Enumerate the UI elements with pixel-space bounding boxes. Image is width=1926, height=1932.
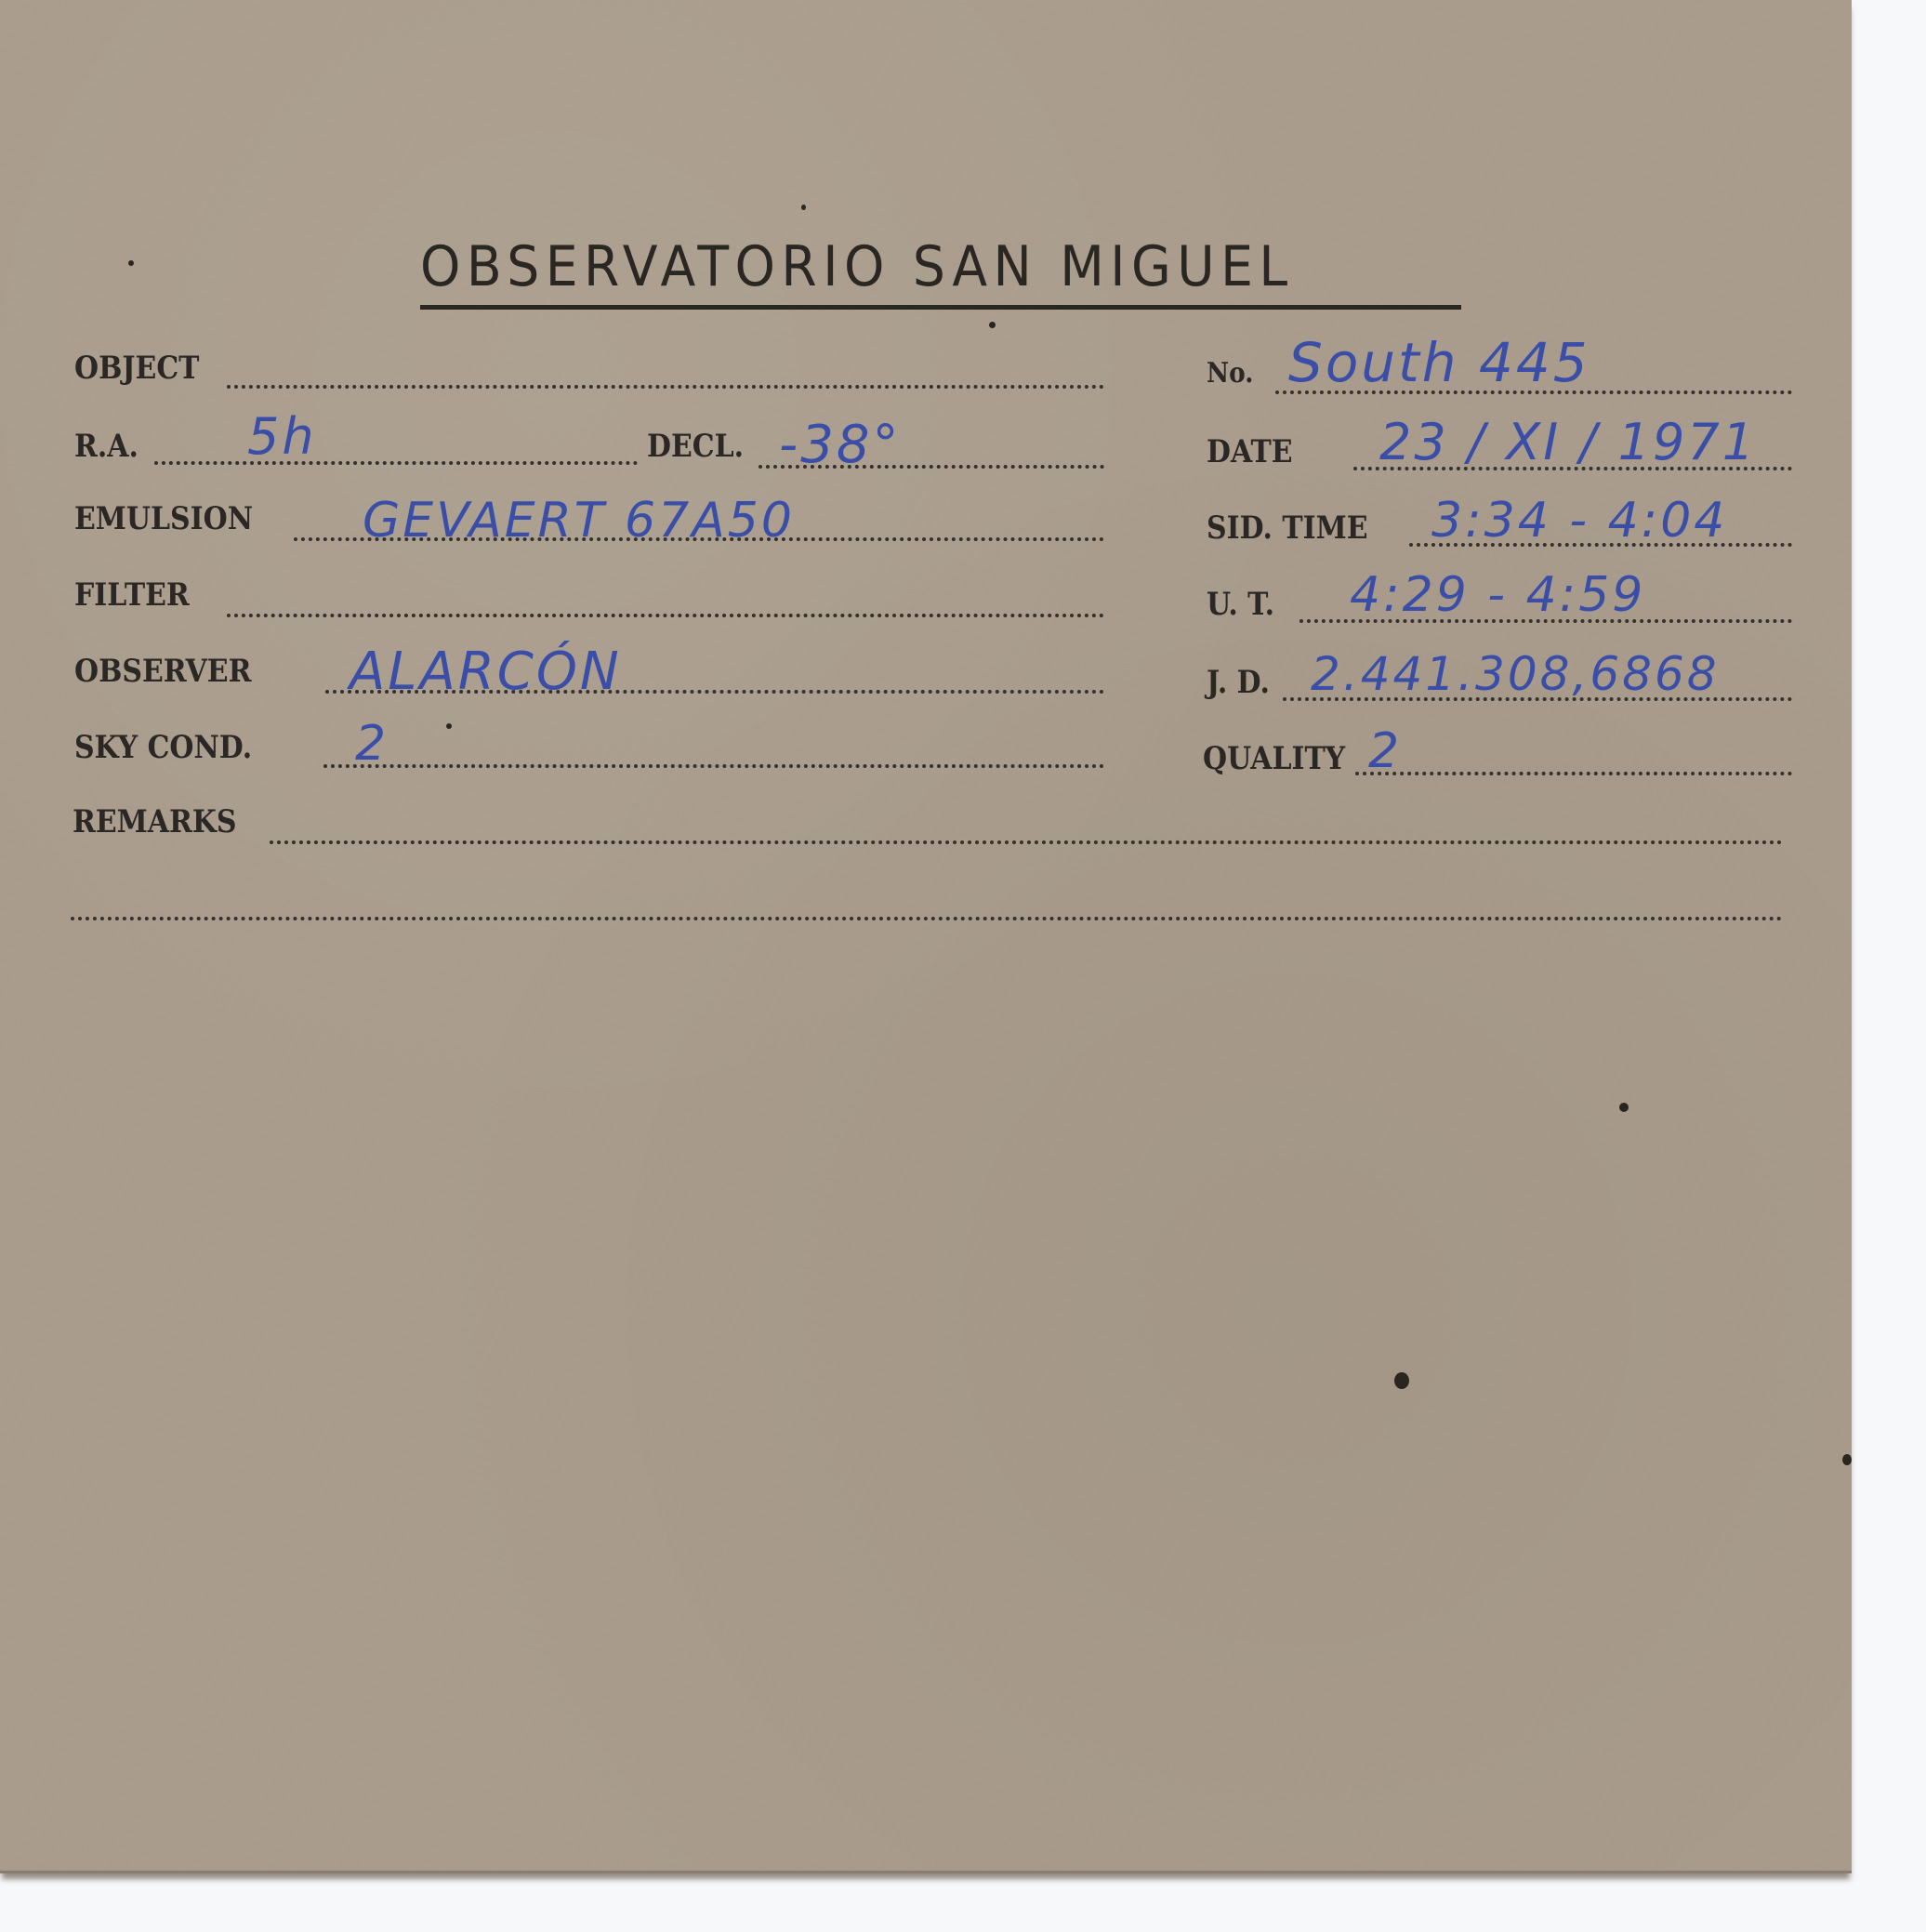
quality-label: QUALITY bbox=[1203, 740, 1345, 777]
date-label: DATE bbox=[1207, 433, 1293, 470]
ut-label: U. T. bbox=[1207, 586, 1274, 623]
object-label: OBJECT bbox=[74, 350, 199, 387]
date-value: 23 / XI / 1971 bbox=[1379, 413, 1757, 471]
ra-line bbox=[154, 461, 638, 465]
paper-speck bbox=[446, 723, 452, 729]
sid-time-label: SID. TIME bbox=[1207, 509, 1368, 547]
title-underline bbox=[420, 305, 1461, 310]
paper-speck bbox=[1842, 1454, 1852, 1465]
ut-value: 4:29 - 4:59 bbox=[1350, 567, 1645, 623]
observer-value: ALARCÓN bbox=[350, 642, 622, 702]
remarks-label: REMARKS bbox=[73, 803, 236, 840]
remarks-line-1 bbox=[270, 840, 1783, 844]
ra-label: R.A. bbox=[74, 428, 139, 465]
quality-value: 2 bbox=[1368, 723, 1402, 779]
sky-cond-value: 2 bbox=[355, 716, 389, 772]
card-title: OBSERVATORIO SAN MIGUEL bbox=[420, 234, 1294, 299]
sid-time-value: 3:34 - 4:04 bbox=[1431, 493, 1727, 549]
paper-speck bbox=[989, 322, 996, 328]
object-line bbox=[227, 385, 1104, 389]
emulsion-label: EMULSION bbox=[74, 500, 253, 537]
remarks-line-2 bbox=[71, 917, 1783, 920]
paper-speck bbox=[1394, 1372, 1409, 1389]
filter-line bbox=[227, 614, 1104, 617]
paper-speck bbox=[801, 205, 806, 210]
observer-label: OBSERVER bbox=[74, 653, 251, 690]
jd-value: 2.441.308,6868 bbox=[1311, 647, 1720, 701]
paper-speck bbox=[128, 260, 134, 266]
plate-number-value: South 445 bbox=[1288, 331, 1590, 394]
quality-line bbox=[1355, 772, 1792, 775]
ra-value: 5h bbox=[247, 407, 317, 466]
decl-label: DECL. bbox=[647, 428, 744, 465]
plate-envelope-card: OBSERVATORIO SAN MIGUEL OBJECT R.A. 5h D… bbox=[0, 0, 1852, 1873]
sky-cond-line bbox=[323, 764, 1104, 768]
jd-label: J. D. bbox=[1207, 664, 1270, 701]
sky-cond-label: SKY COND. bbox=[74, 729, 252, 766]
decl-value: -38° bbox=[779, 415, 901, 475]
emulsion-value: GEVAERT 67A50 bbox=[363, 493, 795, 549]
filter-label: FILTER bbox=[74, 576, 190, 614]
plate-number-label: No. bbox=[1207, 357, 1253, 390]
paper-speck bbox=[1619, 1103, 1629, 1112]
